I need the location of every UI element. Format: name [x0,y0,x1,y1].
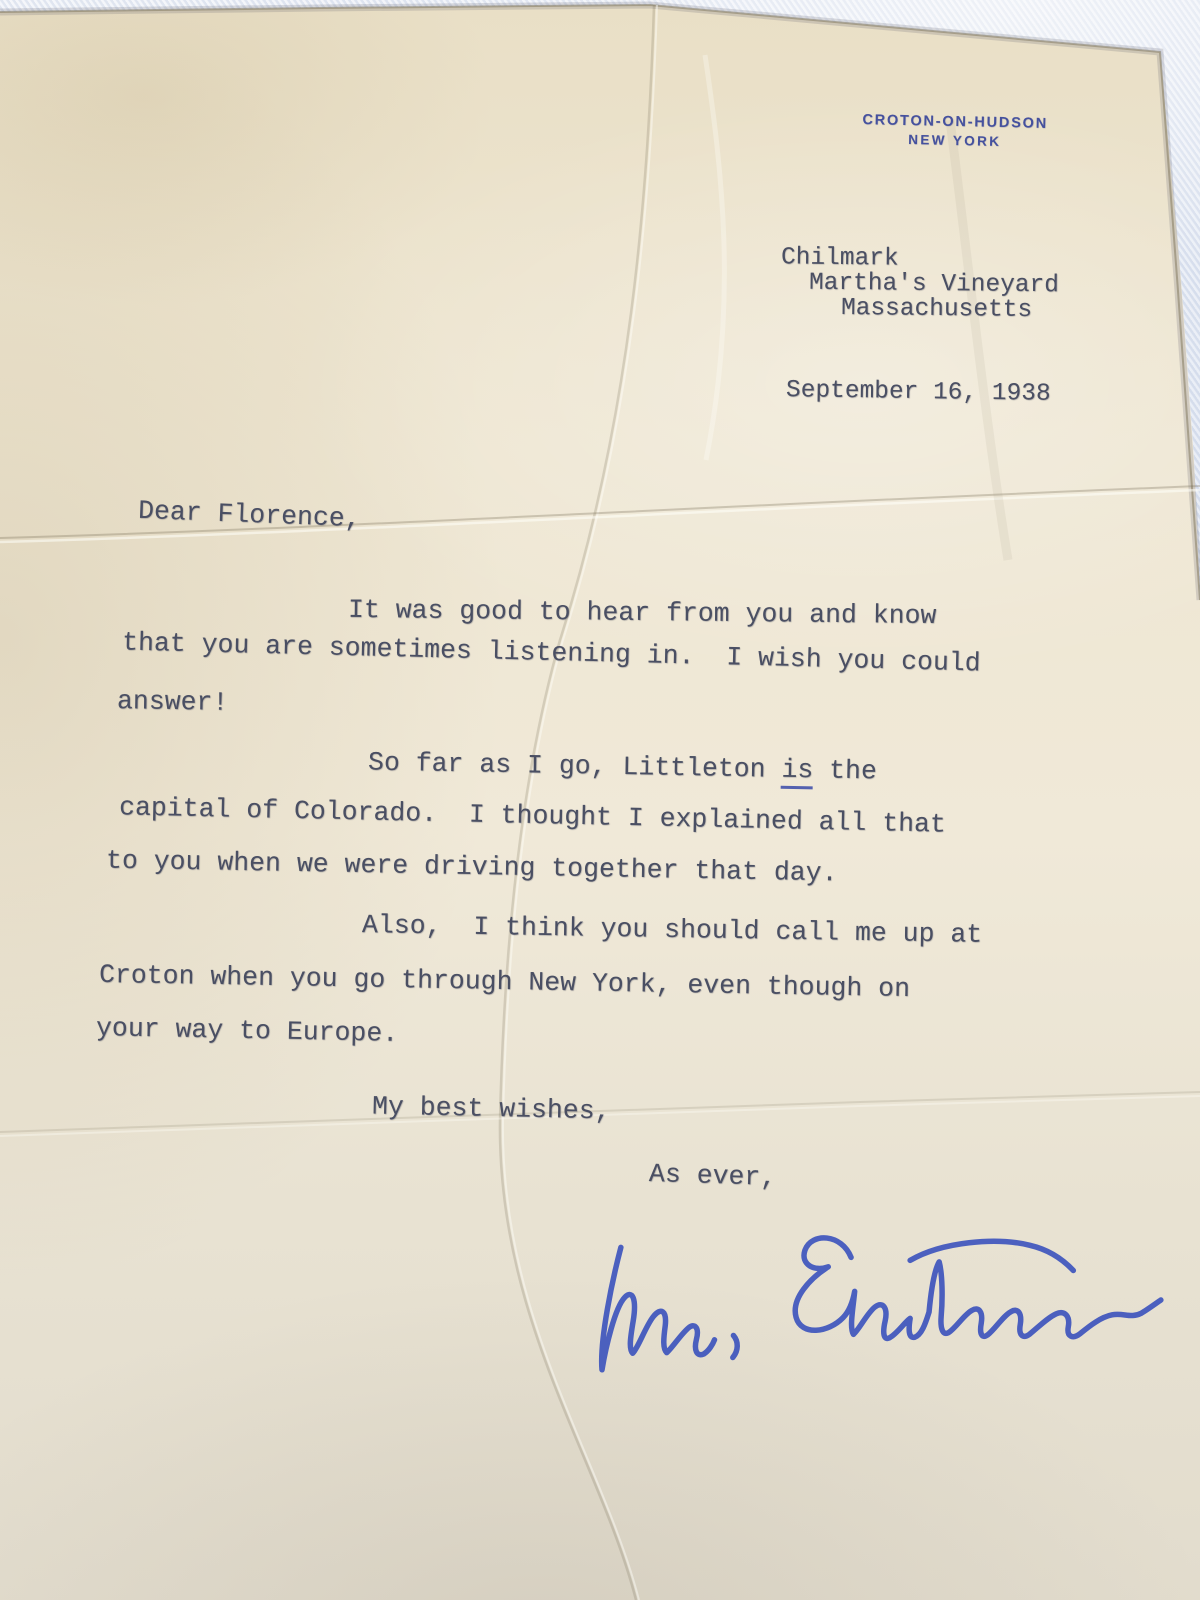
body-line: answer! [117,686,229,718]
letter-photograph: CROTON-ON-HUDSON NEW YORK Chilmark Marth… [0,0,1200,1600]
littleton-post: the [813,755,877,786]
date-line: September 16, 1938 [786,377,1051,408]
body-line: your way to Europe. [96,1013,399,1049]
body-line: It was good to hear from you and know [348,595,937,631]
letterhead: CROTON-ON-HUDSON NEW YORK [833,110,1078,152]
address-line-1: Chilmark [781,244,899,272]
closing-wishes: My best wishes, [372,1092,611,1127]
signature-max-eastman: Max Eastman [574,1220,1177,1400]
littleton-underlined-is: is [781,755,813,790]
closing-valediction: As ever, [649,1159,777,1193]
address-line-3: Massachusetts [841,295,1032,324]
